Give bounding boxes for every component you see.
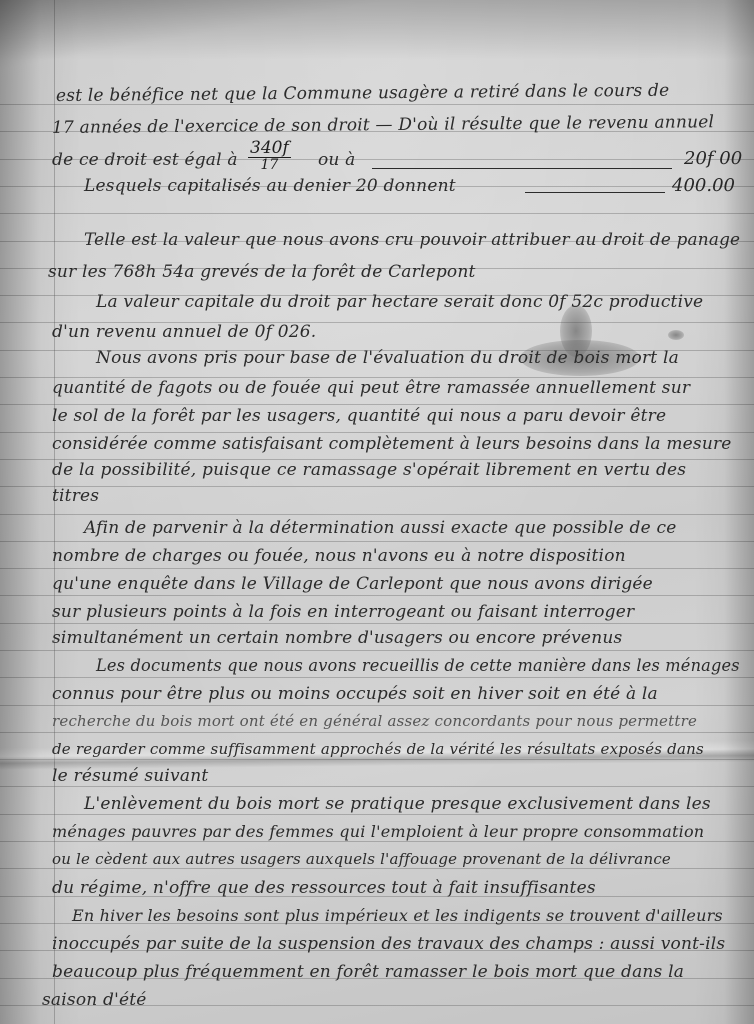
text-line: En hiver les besoins sont plus impérieux… <box>72 906 723 925</box>
text-line: quantité de fagots ou de fouée qui peut … <box>52 378 690 398</box>
text-line: L'enlèvement du bois mort se pratique pr… <box>84 794 711 814</box>
leader-line <box>525 192 665 193</box>
text-line: qu'une enquête dans le Village de Carlep… <box>52 574 653 594</box>
text-line: est le bénéfice net que la Commune usagè… <box>56 81 670 106</box>
fraction: 340f 17 <box>248 140 291 172</box>
text-line: d'un revenu annuel de 0f 026. <box>52 322 316 342</box>
text-line: du régime, n'offre que des ressources to… <box>52 878 596 898</box>
text-line: ou le cèdent aux autres usagers auxquels… <box>52 850 671 868</box>
text-line: sur plusieurs points à la fois en interr… <box>52 602 634 622</box>
text-line: sur les 768h 54a grevés de la forêt de C… <box>48 262 476 282</box>
text-line: Lesquels capitalisés au denier 20 donnen… <box>84 176 456 196</box>
text-line: recherche du bois mort ont été en généra… <box>52 712 697 730</box>
text-line: saison d'été <box>42 990 147 1010</box>
text-line: de regarder comme suffisamment approchés… <box>52 740 704 758</box>
amount-annual-revenue: 20f 00 <box>684 148 742 169</box>
text-line: Les documents que nous avons recueillis … <box>96 656 740 676</box>
text-line: le résumé suivant <box>52 766 208 786</box>
text-line: beaucoup plus fréquemment en forêt ramas… <box>52 962 684 982</box>
text-line: 17 années de l'exercice de son droit — D… <box>52 112 714 138</box>
amount-capitalized-value: 400.00 <box>672 175 735 196</box>
text-line: considérée comme satisfaisant complèteme… <box>52 434 732 454</box>
manuscript-page: est le bénéfice net que la Commune usagè… <box>0 0 754 1024</box>
text-line: Nous avons pris pour base de l'évaluatio… <box>96 348 679 368</box>
text-line: ménages pauvres par des femmes qui l'emp… <box>52 822 704 841</box>
text-line: de la possibilité, puisque ce ramassage … <box>52 460 686 480</box>
text-line: de ce droit est égal à <box>52 150 238 170</box>
text-line: connus pour être plus ou moins occupés s… <box>52 684 658 704</box>
leader-line <box>372 168 672 169</box>
fraction-numerator: 340f <box>248 140 291 158</box>
text-line: inoccupés par suite de la suspension des… <box>52 934 725 954</box>
text-line: Afin de parvenir à la détermination auss… <box>84 518 677 538</box>
text-line: le sol de la forêt par les usagers, quan… <box>52 406 666 426</box>
text-line: simultanément un certain nombre d'usager… <box>52 628 622 648</box>
text-line: Telle est la valeur que nous avons cru p… <box>84 230 740 250</box>
text-line: nombre de charges ou fouée, nous n'avons… <box>52 546 626 566</box>
text-ou-a: ou à <box>318 150 356 170</box>
text-line: titres <box>52 486 99 506</box>
text-line: La valeur capitale du droit par hectare … <box>96 292 703 312</box>
handwritten-text: est le bénéfice net que la Commune usagè… <box>0 0 754 1024</box>
fraction-denominator: 17 <box>248 158 291 172</box>
